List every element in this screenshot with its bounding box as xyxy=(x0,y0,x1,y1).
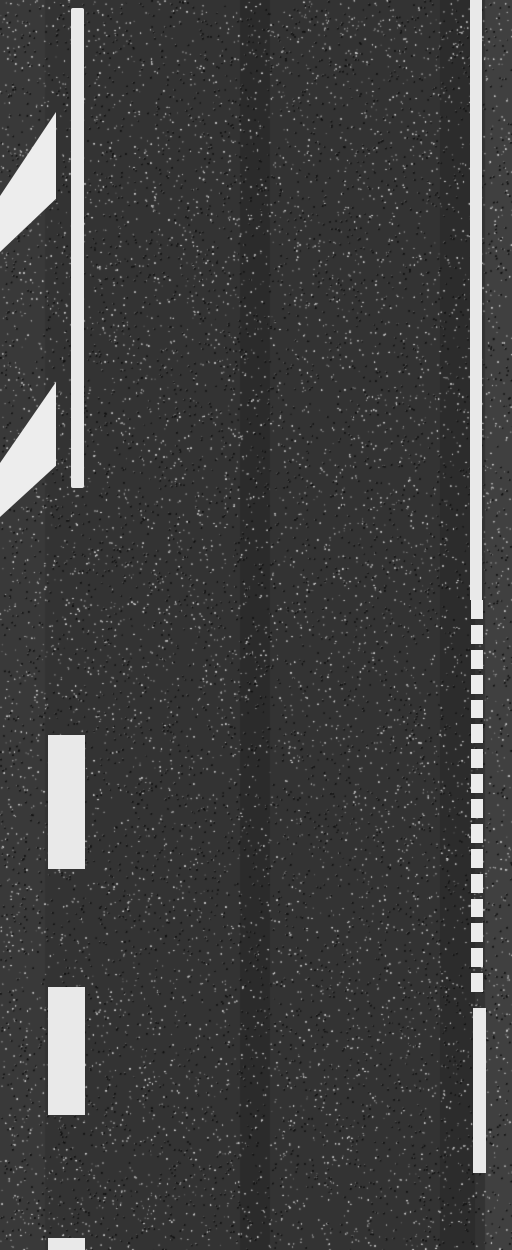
right-short-dash xyxy=(471,948,483,967)
left-dashed-lane-segment xyxy=(48,987,85,1115)
right-solid-edge-line xyxy=(470,0,482,600)
road-aerial-image xyxy=(0,0,512,1250)
right-short-dash xyxy=(471,824,483,843)
right-short-dash xyxy=(471,724,483,743)
left-dashed-lane-segment xyxy=(48,735,85,869)
right-short-dash xyxy=(471,675,483,694)
right-short-dash xyxy=(471,700,483,719)
right-short-dash xyxy=(471,650,483,669)
left-dashed-lane-segment xyxy=(48,1238,85,1250)
right-short-dash xyxy=(471,749,483,768)
right-short-dash xyxy=(471,774,483,793)
right-short-dash xyxy=(471,923,483,942)
right-solid-edge-line-lower xyxy=(473,1008,486,1173)
right-short-dash xyxy=(471,973,483,992)
right-short-dash xyxy=(471,849,483,868)
right-short-dash xyxy=(471,600,483,619)
right-short-dash xyxy=(471,799,483,818)
right-short-dash xyxy=(471,874,483,893)
right-short-dash xyxy=(471,899,483,918)
right-short-dash xyxy=(471,625,483,644)
left-solid-lane-line xyxy=(71,8,84,488)
